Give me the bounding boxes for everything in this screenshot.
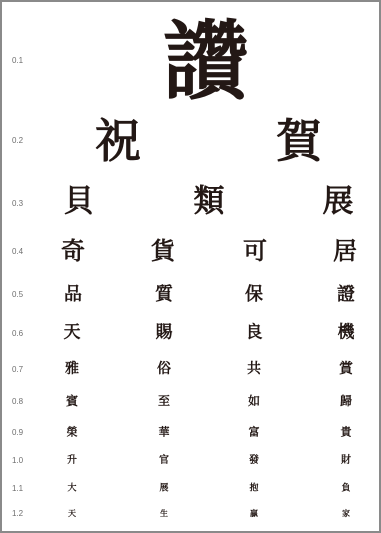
acuity-label: 0.4 bbox=[12, 248, 23, 256]
acuity-label: 0.3 bbox=[12, 200, 23, 208]
acuity-label: 0.6 bbox=[12, 330, 23, 338]
acuity-label: 1.1 bbox=[12, 485, 23, 493]
eye-chart: 0.1讚0.2祝賀0.3貝類展0.4奇貨可居0.5品質保證0.6天賜良機0.7雅… bbox=[0, 0, 381, 533]
chart-glyph: 富 bbox=[249, 427, 260, 438]
chart-glyph: 貝 bbox=[64, 187, 95, 218]
chart-glyph: 證 bbox=[337, 286, 355, 304]
chart-glyph: 至 bbox=[158, 395, 170, 407]
chart-glyph: 居 bbox=[333, 239, 357, 263]
chart-glyph: 俗 bbox=[157, 362, 171, 376]
acuity-label: 1.2 bbox=[12, 510, 23, 518]
chart-glyph: 賓 bbox=[66, 395, 78, 407]
acuity-label: 0.8 bbox=[12, 398, 23, 406]
chart-glyph: 賞 bbox=[339, 362, 353, 376]
chart-glyph: 發 bbox=[249, 456, 259, 466]
chart-glyph: 貴 bbox=[341, 427, 352, 438]
chart-glyph: 奇 bbox=[61, 239, 85, 263]
chart-glyph: 家 bbox=[342, 510, 350, 518]
acuity-label: 0.5 bbox=[12, 291, 23, 299]
chart-glyph: 歸 bbox=[340, 395, 352, 407]
chart-glyph: 展 bbox=[323, 187, 354, 218]
chart-glyph: 升 bbox=[67, 456, 77, 466]
chart-glyph: 賀 bbox=[276, 118, 322, 164]
chart-glyph: 質 bbox=[155, 286, 173, 304]
chart-glyph: 共 bbox=[247, 362, 261, 376]
chart-glyph: 財 bbox=[341, 456, 351, 466]
chart-glyph: 榮 bbox=[67, 427, 78, 438]
acuity-label: 0.9 bbox=[12, 429, 23, 437]
chart-glyph: 貨 bbox=[151, 239, 175, 263]
chart-glyph: 如 bbox=[248, 395, 260, 407]
chart-glyph: 天 bbox=[64, 325, 81, 342]
chart-glyph: 生 bbox=[160, 510, 168, 518]
chart-glyph: 大 bbox=[67, 485, 76, 494]
chart-glyph: 保 bbox=[245, 286, 263, 304]
chart-glyph: 賜 bbox=[156, 325, 173, 342]
acuity-label: 0.1 bbox=[12, 57, 23, 65]
chart-glyph: 展 bbox=[159, 485, 168, 494]
chart-glyph: 官 bbox=[159, 456, 169, 466]
chart-glyph: 華 bbox=[159, 427, 170, 438]
acuity-label: 0.2 bbox=[12, 137, 23, 145]
chart-glyph: 祝 bbox=[95, 118, 141, 164]
chart-glyph: 雅 bbox=[65, 362, 79, 376]
chart-glyph: 可 bbox=[243, 239, 267, 263]
chart-glyph: 機 bbox=[338, 325, 355, 342]
acuity-label: 0.7 bbox=[12, 366, 23, 374]
chart-glyph: 贏 bbox=[250, 510, 258, 518]
chart-glyph: 類 bbox=[194, 187, 225, 218]
chart-glyph: 天 bbox=[68, 510, 76, 518]
chart-glyph: 抱 bbox=[249, 485, 258, 494]
acuity-label: 1.0 bbox=[12, 457, 23, 465]
chart-glyph: 品 bbox=[64, 286, 82, 304]
chart-glyph: 負 bbox=[341, 485, 350, 494]
chart-glyph: 良 bbox=[246, 325, 263, 342]
chart-glyph: 讚 bbox=[163, 19, 249, 105]
